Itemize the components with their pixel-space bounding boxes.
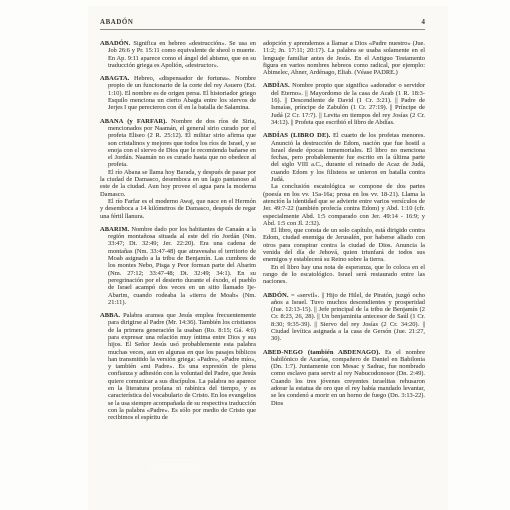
entry-text: Nombre de dos ríos de Siria, mencionados… bbox=[108, 118, 256, 169]
entry-paragraph: ABAGTA. Hebreo, «dispensador de fortuna»… bbox=[100, 75, 256, 111]
entry-term: ABARIM. bbox=[100, 226, 129, 233]
entry-abba-continuation: adopción y aprendemos a llamar a Dios «P… bbox=[263, 40, 425, 76]
page-number: 4 bbox=[421, 18, 425, 26]
entry-paragraph: ABANA (y FARFAR). Nombre de dos ríos de … bbox=[100, 118, 256, 169]
entry-paragraph: En el libro hay una nota de esperanza, q… bbox=[263, 264, 425, 286]
entry-paragraph: ABDÓN. = «servil». || Hijo de Hilel, de … bbox=[263, 292, 425, 343]
entry-text: Significa en hebreo «destrucción». Se us… bbox=[108, 40, 256, 69]
running-title: ABADÓN bbox=[100, 19, 133, 26]
left-column: ABADÓN. Significa en hebreo «destrucción… bbox=[100, 40, 256, 428]
entry-term: ABDÓN. bbox=[263, 292, 289, 299]
right-column: adopción y aprendemos a llamar a Dios «P… bbox=[263, 40, 425, 428]
entry-paragraph: ABED-NEGO (también ABDENAGO). Es el nomb… bbox=[263, 349, 425, 407]
running-header: ABADÓN 4 bbox=[100, 18, 425, 30]
entry-text: Nombre propio que significa «adorador o … bbox=[271, 82, 425, 125]
entry-paragraph: El río Farfar es el moderno Awaj, que na… bbox=[100, 198, 256, 220]
entry-paragraph: ABARIM. Nombre dado por los habitantes d… bbox=[100, 226, 256, 306]
entry-abed-nego: ABED-NEGO (también ABDENAGO). Es el nomb… bbox=[263, 349, 425, 407]
entry-text: = «servil». || Hijo de Hilel, de Piratón… bbox=[271, 292, 425, 343]
entry-term: ABDÍAS. bbox=[263, 82, 290, 89]
text-columns: ABADÓN. Significa en hebreo «destrucción… bbox=[100, 40, 425, 428]
entry-term: ABED-NEGO (también ABDENAGO). bbox=[263, 349, 380, 356]
entry-paragraph: ABDÍAS. Nombre propio que significa «ado… bbox=[263, 82, 425, 126]
entry-abarim: ABARIM. Nombre dado por los habitantes d… bbox=[100, 226, 256, 306]
entry-paragraph: ABBA. Palabra aramea que Jesús emplea fr… bbox=[100, 312, 256, 421]
entry-term: ABADÓN. bbox=[100, 40, 130, 47]
entry-paragraph: El libro, que consta de un solo capítulo… bbox=[263, 227, 425, 263]
scanned-dictionary-page: ABADÓN 4 ABADÓN. Significa en hebreo «de… bbox=[0, 0, 510, 510]
entry-abadon: ABADÓN. Significa en hebreo «destrucción… bbox=[100, 40, 256, 69]
entry-abana: ABANA (y FARFAR). Nombre de dos ríos de … bbox=[100, 118, 256, 220]
entry-text: El cuarto de los profetas menores. Anunc… bbox=[271, 132, 425, 183]
scan-smudge-artifact bbox=[150, 461, 206, 471]
entry-paragraph: ABADÓN. Significa en hebreo «destrucción… bbox=[100, 40, 256, 69]
entry-abagta: ABAGTA. Hebreo, «dispensador de fortuna»… bbox=[100, 75, 256, 111]
entry-abdon: ABDÓN. = «servil». || Hijo de Hilel, de … bbox=[263, 292, 425, 343]
entry-text: Es el nombre babilónico de Azarías, comp… bbox=[271, 349, 425, 407]
entry-term: ABDÍAS (LIBRO DE). bbox=[263, 132, 330, 139]
entry-text: Palabra aramea que Jesús emplea frecuent… bbox=[108, 312, 256, 421]
entry-abdias: ABDÍAS. Nombre propio que significa «ado… bbox=[263, 82, 425, 126]
entry-paragraph: ABDÍAS (LIBRO DE). El cuarto de los prof… bbox=[263, 132, 425, 183]
page-content: ABADÓN 4 ABADÓN. Significa en hebreo «de… bbox=[100, 18, 425, 428]
entry-text: Hebreo, «dispensador de fortuna». Nombre… bbox=[108, 75, 256, 111]
entry-paragraph: El río Abana se llama hoy Barada, y desp… bbox=[100, 169, 256, 198]
entry-abba: ABBA. Palabra aramea que Jesús emplea fr… bbox=[100, 312, 256, 421]
entry-paragraph: La conclusión escatológica se compone de… bbox=[263, 183, 425, 227]
entry-abdias-libro-de: ABDÍAS (LIBRO DE). El cuarto de los prof… bbox=[263, 132, 425, 285]
entry-term: ABANA (y FARFAR). bbox=[100, 118, 167, 125]
entry-text: Nombre dado por los habitantes de Canaán… bbox=[108, 226, 256, 306]
